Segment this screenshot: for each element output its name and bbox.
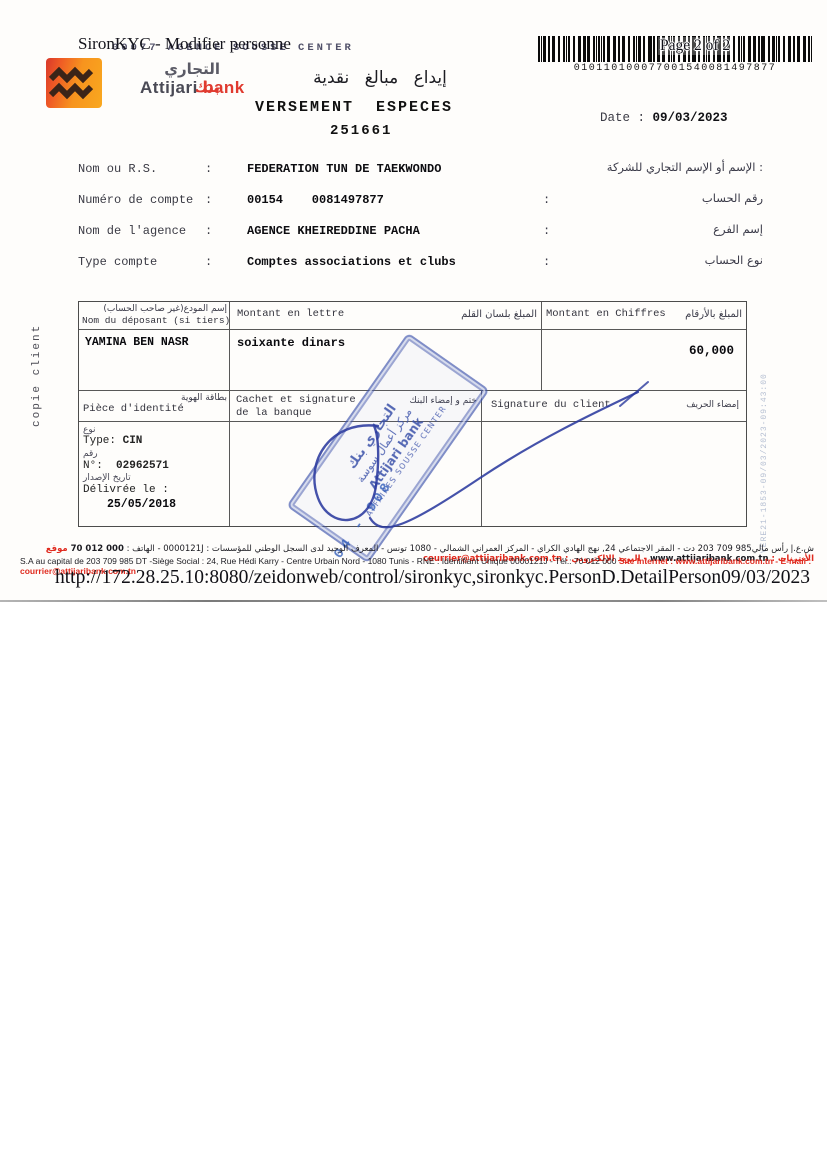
- id-number-label-ar: رقم: [83, 449, 98, 459]
- print-date: 09/03/2023: [721, 567, 810, 589]
- id-number-value: 02962571: [116, 460, 169, 472]
- field-label-agence: Nom de l'agence: [78, 224, 186, 238]
- field-colon: :: [205, 224, 212, 238]
- col2-header-ar: المبلغ بلسان القلم: [409, 309, 537, 320]
- id-type-line: Type: CIN: [83, 435, 142, 447]
- label-ar-text: الإسم أو الإسم التجاري للشركة: [607, 160, 756, 174]
- date-value: 09/03/2023: [653, 111, 728, 125]
- bank-name-latin-black: Attijari: [140, 78, 203, 97]
- field-value-compte: 00154 0081497877: [247, 193, 384, 207]
- col1-header-fr: Nom du déposant (si tiers): [82, 315, 230, 326]
- field-label-compte: Numéro de compte: [78, 193, 193, 207]
- field-value-type: Comptes associations et clubs: [247, 255, 456, 269]
- bank-logo-icon: [46, 58, 102, 108]
- id-type-value: CIN: [123, 435, 143, 447]
- field-colon: :: [205, 193, 212, 207]
- field-value-nom: FEDERATION TUN DE TAEKWONDO: [247, 162, 441, 176]
- field-colon: :: [205, 255, 212, 269]
- id-issue-value: 25/05/2018: [107, 498, 176, 511]
- id-header-fr: Pièce d'identité: [83, 403, 184, 415]
- field-label-ar-nom: الإسم أو الإسم التجاري للشركة :: [540, 160, 763, 174]
- field-label-ar-agence: إسم الفرع: [540, 222, 763, 236]
- id-issue-label-ar: تاريخ الإصدار: [83, 473, 131, 483]
- document-title-arabic: إيداع مبالغ نقدية: [230, 68, 530, 88]
- field-label-ar-compte: رقم الحساب: [540, 191, 763, 205]
- handwritten-signature: [270, 368, 690, 578]
- col2-header-fr: Montant en lettre: [237, 308, 344, 320]
- id-number-label: N°:: [83, 460, 116, 472]
- id-type-label-ar: نوع: [83, 425, 96, 435]
- scanned-deposit-slip: 00077 AGENCE SOUSSE CENTER SironKYC - Mo…: [0, 0, 827, 1169]
- barcode-digits: 010110100077001540081497877: [538, 63, 812, 74]
- date-label: Date :: [600, 111, 653, 125]
- print-reference-vertical: VERE21-1853-09/03/2023-09:43:00: [760, 333, 769, 553]
- zigzag-logo-glyph: [46, 58, 102, 108]
- print-page-title: SironKYC - Modifier personne: [78, 34, 291, 54]
- depositor-name: YAMINA BEN NASR: [85, 336, 189, 349]
- page-number-label: Page 2 of 2: [658, 37, 732, 55]
- id-header-ar: بطاقة الهوية: [81, 393, 227, 403]
- field-colon: :: [205, 162, 212, 176]
- amount-in-words: soixante dinars: [237, 336, 345, 350]
- copy-client-vertical-label: copie client: [31, 302, 43, 427]
- id-number-line: N°: 02962571: [83, 460, 169, 472]
- footer-phone: 70 012 000: [71, 544, 124, 554]
- receipt-number: 251661: [330, 123, 392, 139]
- field-value-agence: AGENCE KHEIREDDINE PACHA: [247, 224, 420, 238]
- col3-header-fr: Montant en Chiffres: [546, 308, 666, 320]
- id-type-label: Type:: [83, 435, 123, 447]
- amount-in-figures: 60,000: [541, 344, 734, 358]
- table-hline: [79, 329, 746, 330]
- col1-header-ar: إسم المودع(غير صاحب الحساب): [81, 304, 227, 314]
- id-issue-label: Délivrée le :: [83, 484, 169, 496]
- label-ar-colon: :: [755, 160, 763, 174]
- bank-name-arabic-black: التجاري: [164, 60, 220, 78]
- scan-edge-line: [0, 600, 827, 602]
- table-vline: [229, 302, 230, 526]
- field-label-type: Type compte: [78, 255, 157, 269]
- col3-header-ar: المبلغ بالأرقام: [657, 309, 742, 320]
- field-label-ar-type: نوع الحساب: [540, 253, 763, 267]
- field-label-nom: Nom ou R.S.: [78, 162, 157, 176]
- document-title-french: VERSEMENT ESPECES: [255, 99, 453, 116]
- date-line: Date : 09/03/2023: [600, 111, 728, 125]
